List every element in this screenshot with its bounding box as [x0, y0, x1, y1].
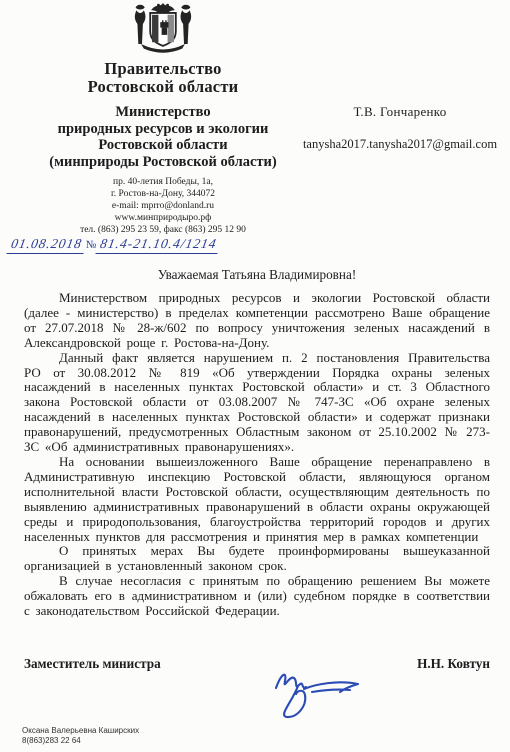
signoff-name: Н.Н. Ковтун	[417, 656, 490, 672]
handwritten-reference-line: 01.08.2018№81.4-21.10.4/1214	[8, 236, 244, 254]
recipient-name: Т.В. Гончаренко	[292, 104, 508, 120]
executor-name: Оксана Валерьевна Каширских	[22, 726, 139, 736]
coat-of-arms-rostov-region-icon	[0, 0, 326, 57]
recipient-email: tanysha2017.tanysha2017@gmail.com	[292, 137, 508, 152]
ministry-address-block: пр. 40-летия Победы, 1а, г. Ростов-на-До…	[0, 176, 326, 236]
body-paragraph: О принятых мерах Вы будете проинформиров…	[24, 544, 490, 574]
ministry-title-line: природных ресурсов и экологии	[0, 121, 326, 138]
executor-phone: 8(863)283 22 64	[22, 736, 139, 746]
ministry-title: Министерство природных ресурсов и эколог…	[0, 104, 326, 170]
letterhead: Правительство Ростовской области Министе…	[0, 0, 326, 236]
ministry-title-line: Министерство	[0, 104, 326, 121]
address-website: www.минприродыро.рф	[0, 212, 326, 224]
signature-autograph-icon	[254, 662, 370, 720]
number-sign: №	[86, 239, 97, 251]
address-phone-fax: тел. (863) 295 23 59, факс (863) 295 12 …	[0, 224, 326, 236]
executor-block: Оксана Валерьевна Каширских 8(863)283 22…	[22, 726, 139, 746]
salutation: Уважаемая Татьяна Владимировна!	[24, 267, 490, 283]
body-paragraph: В случае несогласия с принятым по обраще…	[24, 574, 490, 619]
address-email: e-mail: mprro@donland.ru	[0, 200, 326, 212]
scanned-letter-page: Правительство Ростовской области Министе…	[0, 0, 510, 752]
body-paragraph: Министерством природных ресурсов и эколо…	[24, 291, 490, 351]
letter-body: Министерством природных ресурсов и эколо…	[24, 291, 490, 619]
recipient-block: Т.В. Гончаренко tanysha2017.tanysha2017@…	[292, 104, 508, 152]
body-paragraph: На основании вышеизложенного Ваше обраще…	[24, 455, 490, 544]
handwritten-date: 01.08.2018	[6, 236, 86, 254]
address-street: пр. 40-летия Победы, 1а,	[0, 176, 326, 188]
address-city: г. Ростов-на-Дону, 344072	[0, 188, 326, 200]
government-title-line: Правительство	[0, 60, 326, 78]
signoff-position: Заместитель министра	[24, 656, 161, 672]
government-title: Правительство Ростовской области	[0, 60, 326, 96]
ministry-title-line: (минприроды Ростовской области)	[0, 154, 326, 171]
ministry-title-line: Ростовской области	[0, 137, 326, 154]
body-paragraph: Данный факт является нарушением п. 2 пос…	[24, 351, 490, 455]
government-title-line: Ростовской области	[0, 78, 326, 96]
handwritten-number: 81.4-21.10.4/1214	[96, 236, 222, 254]
